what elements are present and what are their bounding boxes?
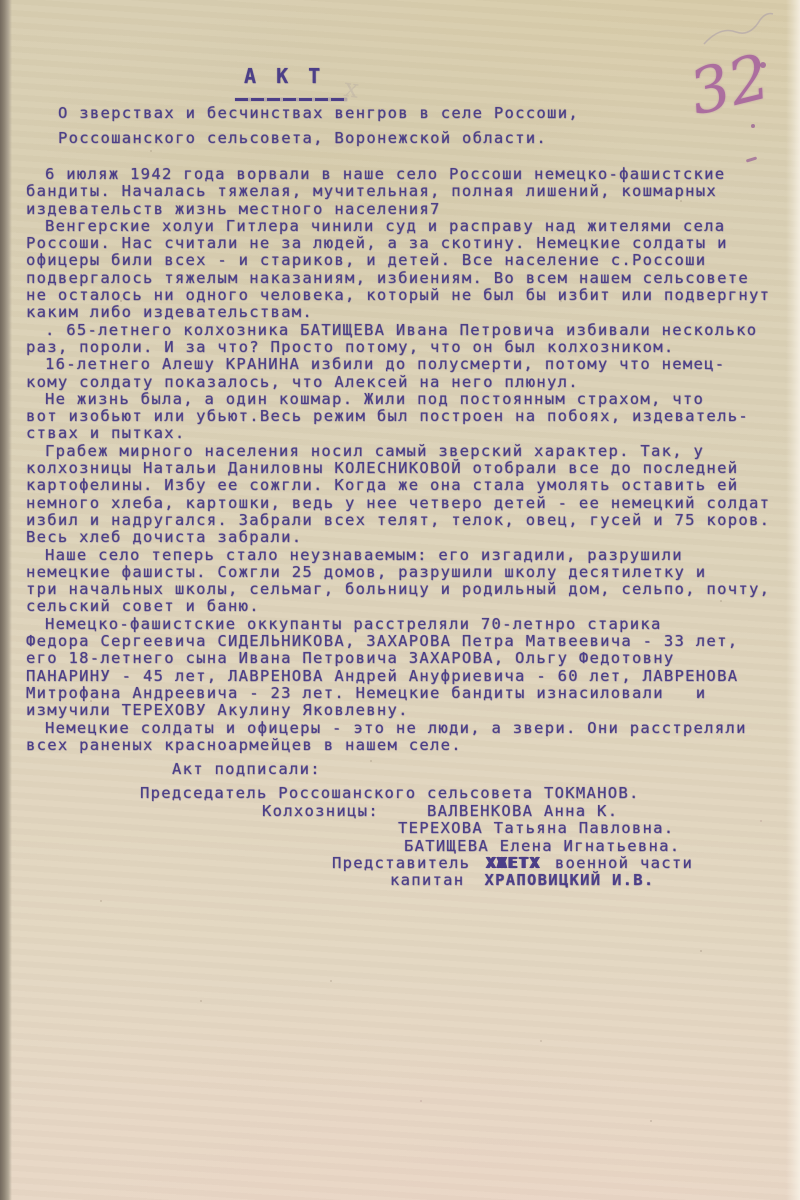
body-line: издевательств жизнь местного населения7: [26, 201, 800, 218]
body-line: офицеры били всех - и стариков, и детей.…: [26, 252, 800, 269]
subtitle-line-2: Россошанского сельсовета, Воронежской об…: [58, 126, 579, 151]
representative-suffix: военной части: [555, 854, 693, 872]
body-line: Весь хлеб дочиста забрали.: [26, 529, 800, 546]
body-line: немного хлеба, картошки, ведь у нее четв…: [26, 495, 800, 512]
body-line: Не жизнь была, а один кошмар. Жили под п…: [26, 391, 800, 408]
body-line: . 65-летнего колхозника БАТИЩЕВА Ивана П…: [26, 322, 800, 339]
witness-name-2: ТЕРЕХОВА Татьяна Павловна.: [0, 820, 800, 837]
witness-name-3: БАТИЩЕВА Елена Игнатьевна.: [0, 838, 800, 855]
body-line: бандиты. Началась тяжелая, мучительная, …: [26, 183, 800, 200]
scan-left-edge: [0, 0, 12, 1200]
representative-struck-text: ХЖЕТХ: [486, 854, 541, 872]
witnesses-label: Колхозницы:: [262, 802, 379, 820]
body-line: Грабеж мирного населения носил самый зве…: [26, 443, 800, 460]
body-line: подвергалось тяжелым наказаниям, избиени…: [26, 270, 800, 287]
stamp-dot: [760, 62, 766, 68]
body-line: ПАНАРИНУ - 45 лет, ЛАВРЕНОВА Андрей Ануф…: [26, 668, 800, 685]
body-line: колхозницы Натальи Даниловны КОЛЕСНИКОВО…: [26, 460, 800, 477]
document-title: А К Т: [244, 64, 324, 88]
captain-rank: капитан: [390, 871, 464, 889]
body-line: картофелины. Избу ее сожгли. Когда же он…: [26, 477, 800, 494]
subtitle-line-1: О зверствах и бесчинствах венгров в селе…: [58, 101, 579, 126]
witness-name-1: ВАЛВЕНКОВА Анна К.: [427, 802, 618, 820]
body-line: не осталось ни одного человека, который …: [26, 287, 800, 304]
document-body: 6 июляж 1942 года ворвали в наше село Ро…: [26, 166, 800, 754]
body-line: Венгерские холуи Гитлера чинили суд и ра…: [26, 218, 800, 235]
captain-name: ХРАПОВИЦКИЙ И.В.: [484, 871, 654, 889]
body-line: ствах и пытках.: [26, 425, 800, 442]
body-line: его 18-летнего сына Ивана Петровича ЗАХА…: [26, 650, 800, 667]
signature-witnesses-row: Колхозницы:ВАЛВЕНКОВА Анна К.: [0, 803, 800, 820]
body-line: измучили ТЕРЕХОВУ Акулину Яковлевну.: [26, 702, 800, 719]
body-line: всех раненых красноармейцев в нашем селе…: [26, 737, 800, 754]
body-line: немецкие фашисты. Сожгли 25 домов, разру…: [26, 564, 800, 581]
signature-intro: Акт подписали:: [0, 761, 800, 778]
signature-representative: ПредставительХЖЕТХвоенной части: [0, 855, 800, 872]
signature-captain: капитанХРАПОВИЦКИЙ И.В.: [0, 872, 800, 889]
body-line: Немецко-фашистские оккупанты расстреляли…: [26, 616, 800, 633]
body-line: Немецкие солдаты и офицеры - это не люди…: [26, 720, 800, 737]
body-line: три начальных школы, сельмаг, больницу и…: [26, 581, 800, 598]
ink-speck-dot: [751, 124, 755, 128]
body-line: сельский совет и баню.: [26, 598, 800, 615]
body-line: 16-летнего Алешу КРАНИНА избили до полус…: [26, 356, 800, 373]
body-line: Митрофана Андреевича - 23 лет. Немецкие …: [26, 685, 800, 702]
body-line: Россоши. Нас считали не за людей, а за с…: [26, 235, 800, 252]
document-subtitle: О зверствах и бесчинствах венгров в селе…: [58, 101, 579, 151]
representative-prefix: Представитель: [332, 854, 470, 872]
body-line: раз, пороли. И за что? Просто потому, чт…: [26, 339, 800, 356]
body-line: 6 июляж 1942 года ворвали в наше село Ро…: [26, 166, 800, 183]
signature-block: Акт подписали: Председатель Россошанског…: [0, 761, 800, 890]
body-line: избил и надругался. Забрали всех телят, …: [26, 512, 800, 529]
body-line: кому солдату показалось, что Алексей на …: [26, 374, 800, 391]
body-line: каким либо издевательствам.: [26, 304, 800, 321]
document-scan: х 32 А К Т О зверствах и бесчинствах вен…: [0, 0, 800, 1200]
body-line: Наше село теперь стало неузнаваемым: его…: [26, 547, 800, 564]
signature-chairman: Председатель Россошанского сельсовета ТО…: [0, 785, 800, 802]
body-line: вот изобьют или убьют.Весь режим был пос…: [26, 408, 800, 425]
body-line: Федора Сергеевича СИДЕЛЬНИКОВА, ЗАХАРОВА…: [26, 633, 800, 650]
